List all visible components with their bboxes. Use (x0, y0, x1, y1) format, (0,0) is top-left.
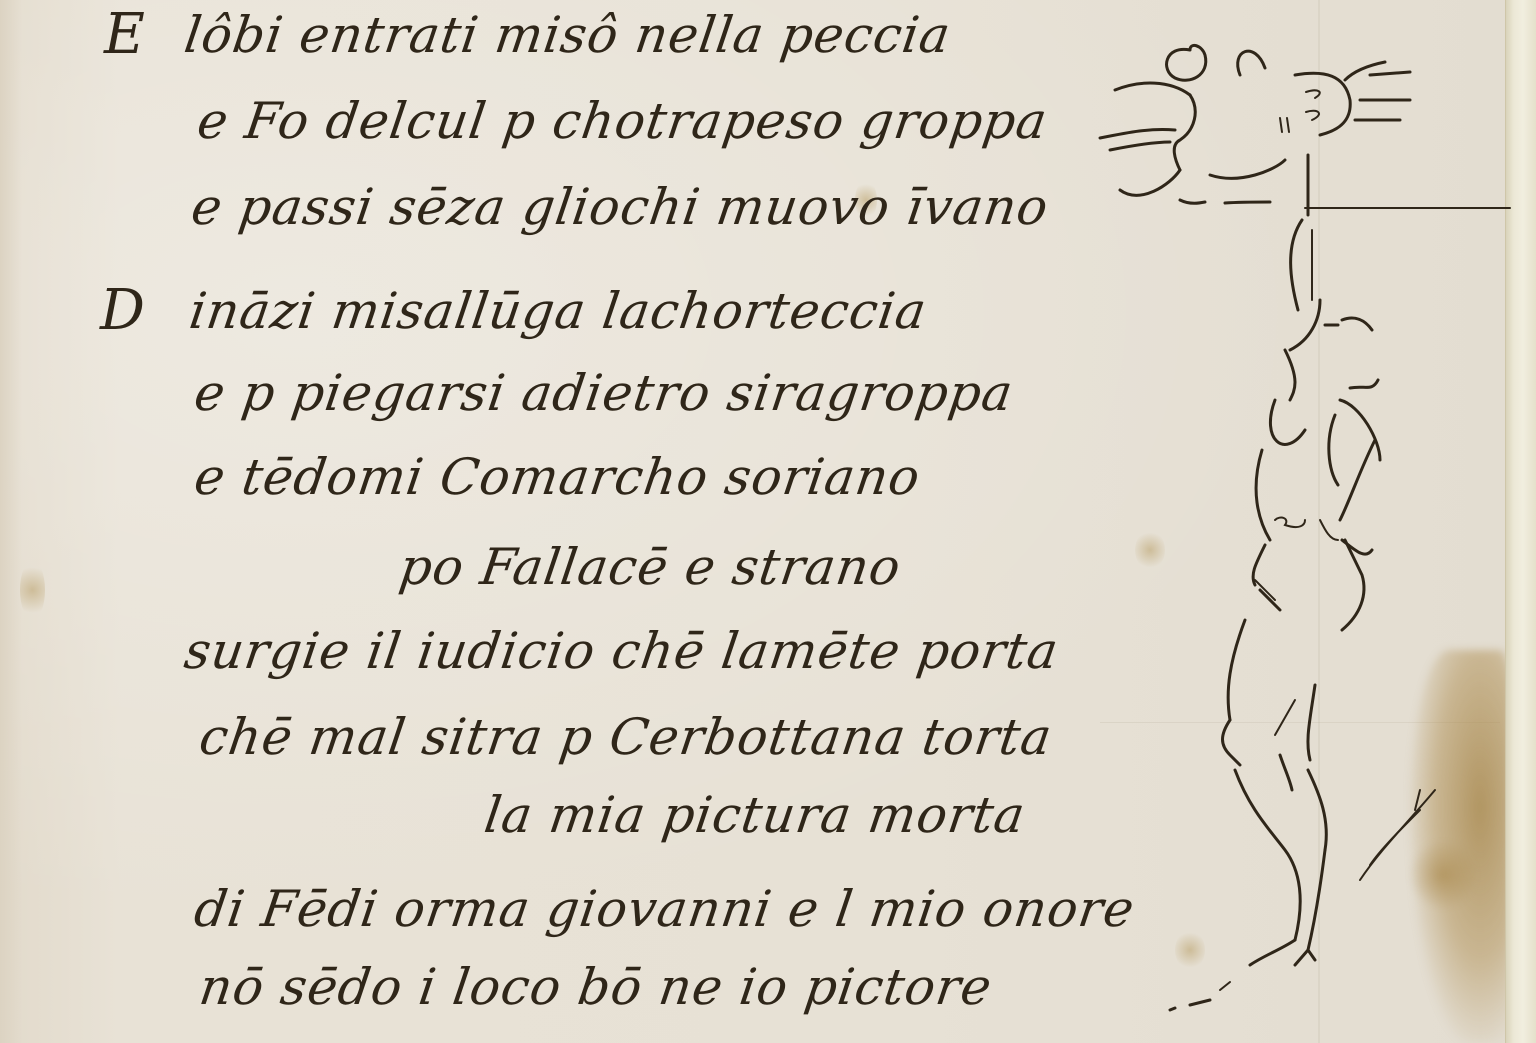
poem-line-6: e tēdomi Comarcho soriano (191, 448, 924, 506)
paper-left-edge (0, 0, 22, 1043)
foxing-spot (20, 560, 45, 620)
poem-line-3: e passi sēza gliochi muovo īvano (188, 178, 1052, 236)
poem-line-1: lôbi entrati misô nella peccia (181, 6, 955, 64)
poem-line-5: e p piegarsi adietro siragroppa (191, 364, 1017, 422)
poem-initial-e: E (104, 2, 145, 67)
poem-line-7: po Fallacē e strano (396, 538, 905, 596)
poem-line-12: nō sēdo i loco bō ne io pictore (196, 958, 996, 1016)
poem-line-8: surgie il iudicio chē lamēte porta (181, 622, 1062, 680)
poem-initial-d: D (100, 278, 145, 343)
poem-line-4: ināzi misallūga lachorteccia (186, 282, 931, 340)
poem-line-11: di Fēdi orma giovanni e l mio onore (191, 880, 1138, 938)
poem-line-9: chē mal sitra p Cerbottana torta (196, 708, 1056, 766)
poem-line-10: la mia pictura morta (481, 786, 1029, 844)
poem-line-2: e Fo delcul p chotrapeso groppa (194, 92, 1051, 150)
figure-sketch-icon (1080, 20, 1520, 1043)
